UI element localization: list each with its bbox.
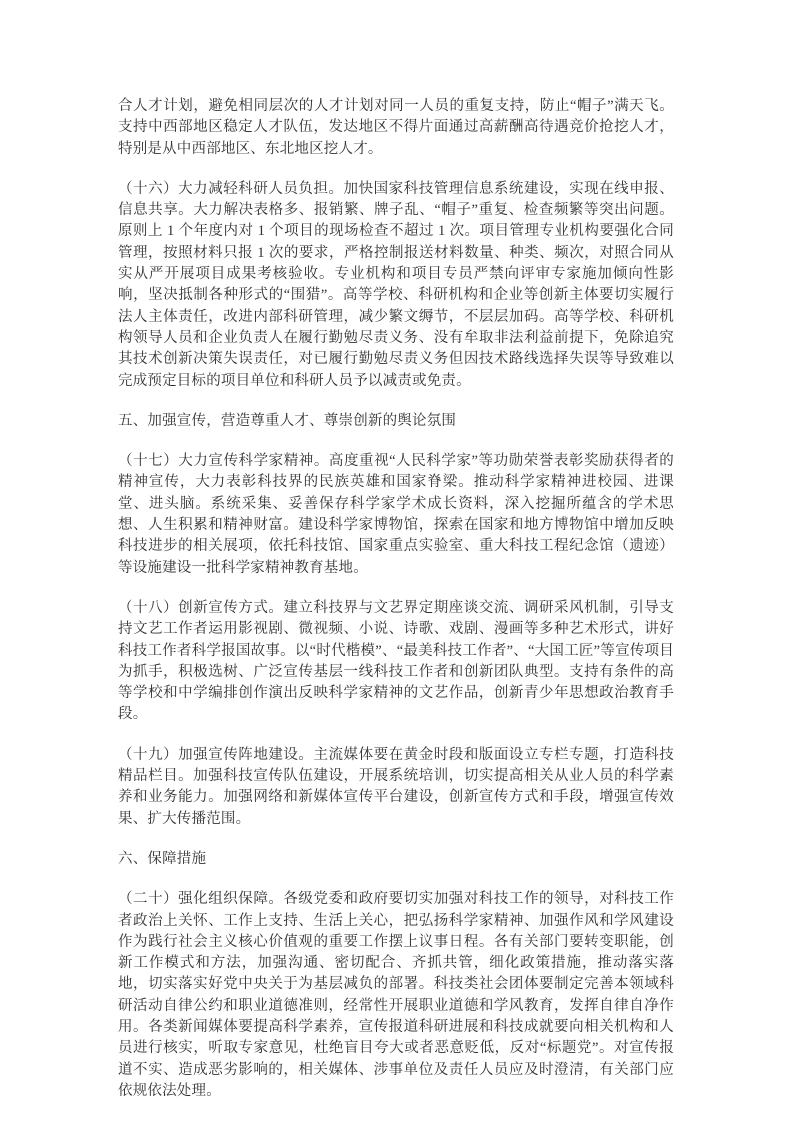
- paragraph-item-18: （十八）创新宣传方式。建立科技界与文艺界定期座谈交流、调研采风机制，引导支持文艺…: [118, 598, 674, 726]
- paragraph-continuation: 合人才计划，避免相同层次的人才计划对同一人员的重复支持，防止“帽子”满天飞。支持…: [118, 96, 674, 160]
- document-page: 合人才计划，避免相同层次的人才计划对同一人员的重复支持，防止“帽子”满天飞。支持…: [118, 96, 674, 1102]
- paragraph-item-16: （十六）大力减轻科研人员负担。加快国家科技管理信息系统建设，实现在线申报、信息共…: [118, 179, 674, 392]
- paragraph-item-19: （十九）加强宣传阵地建设。主流媒体要在黄金时段和版面设立专栏专题，打造科技精品栏…: [118, 745, 674, 830]
- paragraph-item-20: （二十）强化组织保障。各级党委和政府要切实加强对科技工作的领导，对科技工作者政治…: [118, 889, 674, 1102]
- section-heading-6: 六、保障措施: [118, 849, 674, 870]
- paragraph-item-17: （十七）大力宣传科学家精神。高度重视“人民科学家”等功勋荣誉表彰奖励获得者的精神…: [118, 451, 674, 579]
- section-heading-5: 五、加强宣传，营造尊重人才、尊崇创新的舆论氛围: [118, 411, 674, 432]
